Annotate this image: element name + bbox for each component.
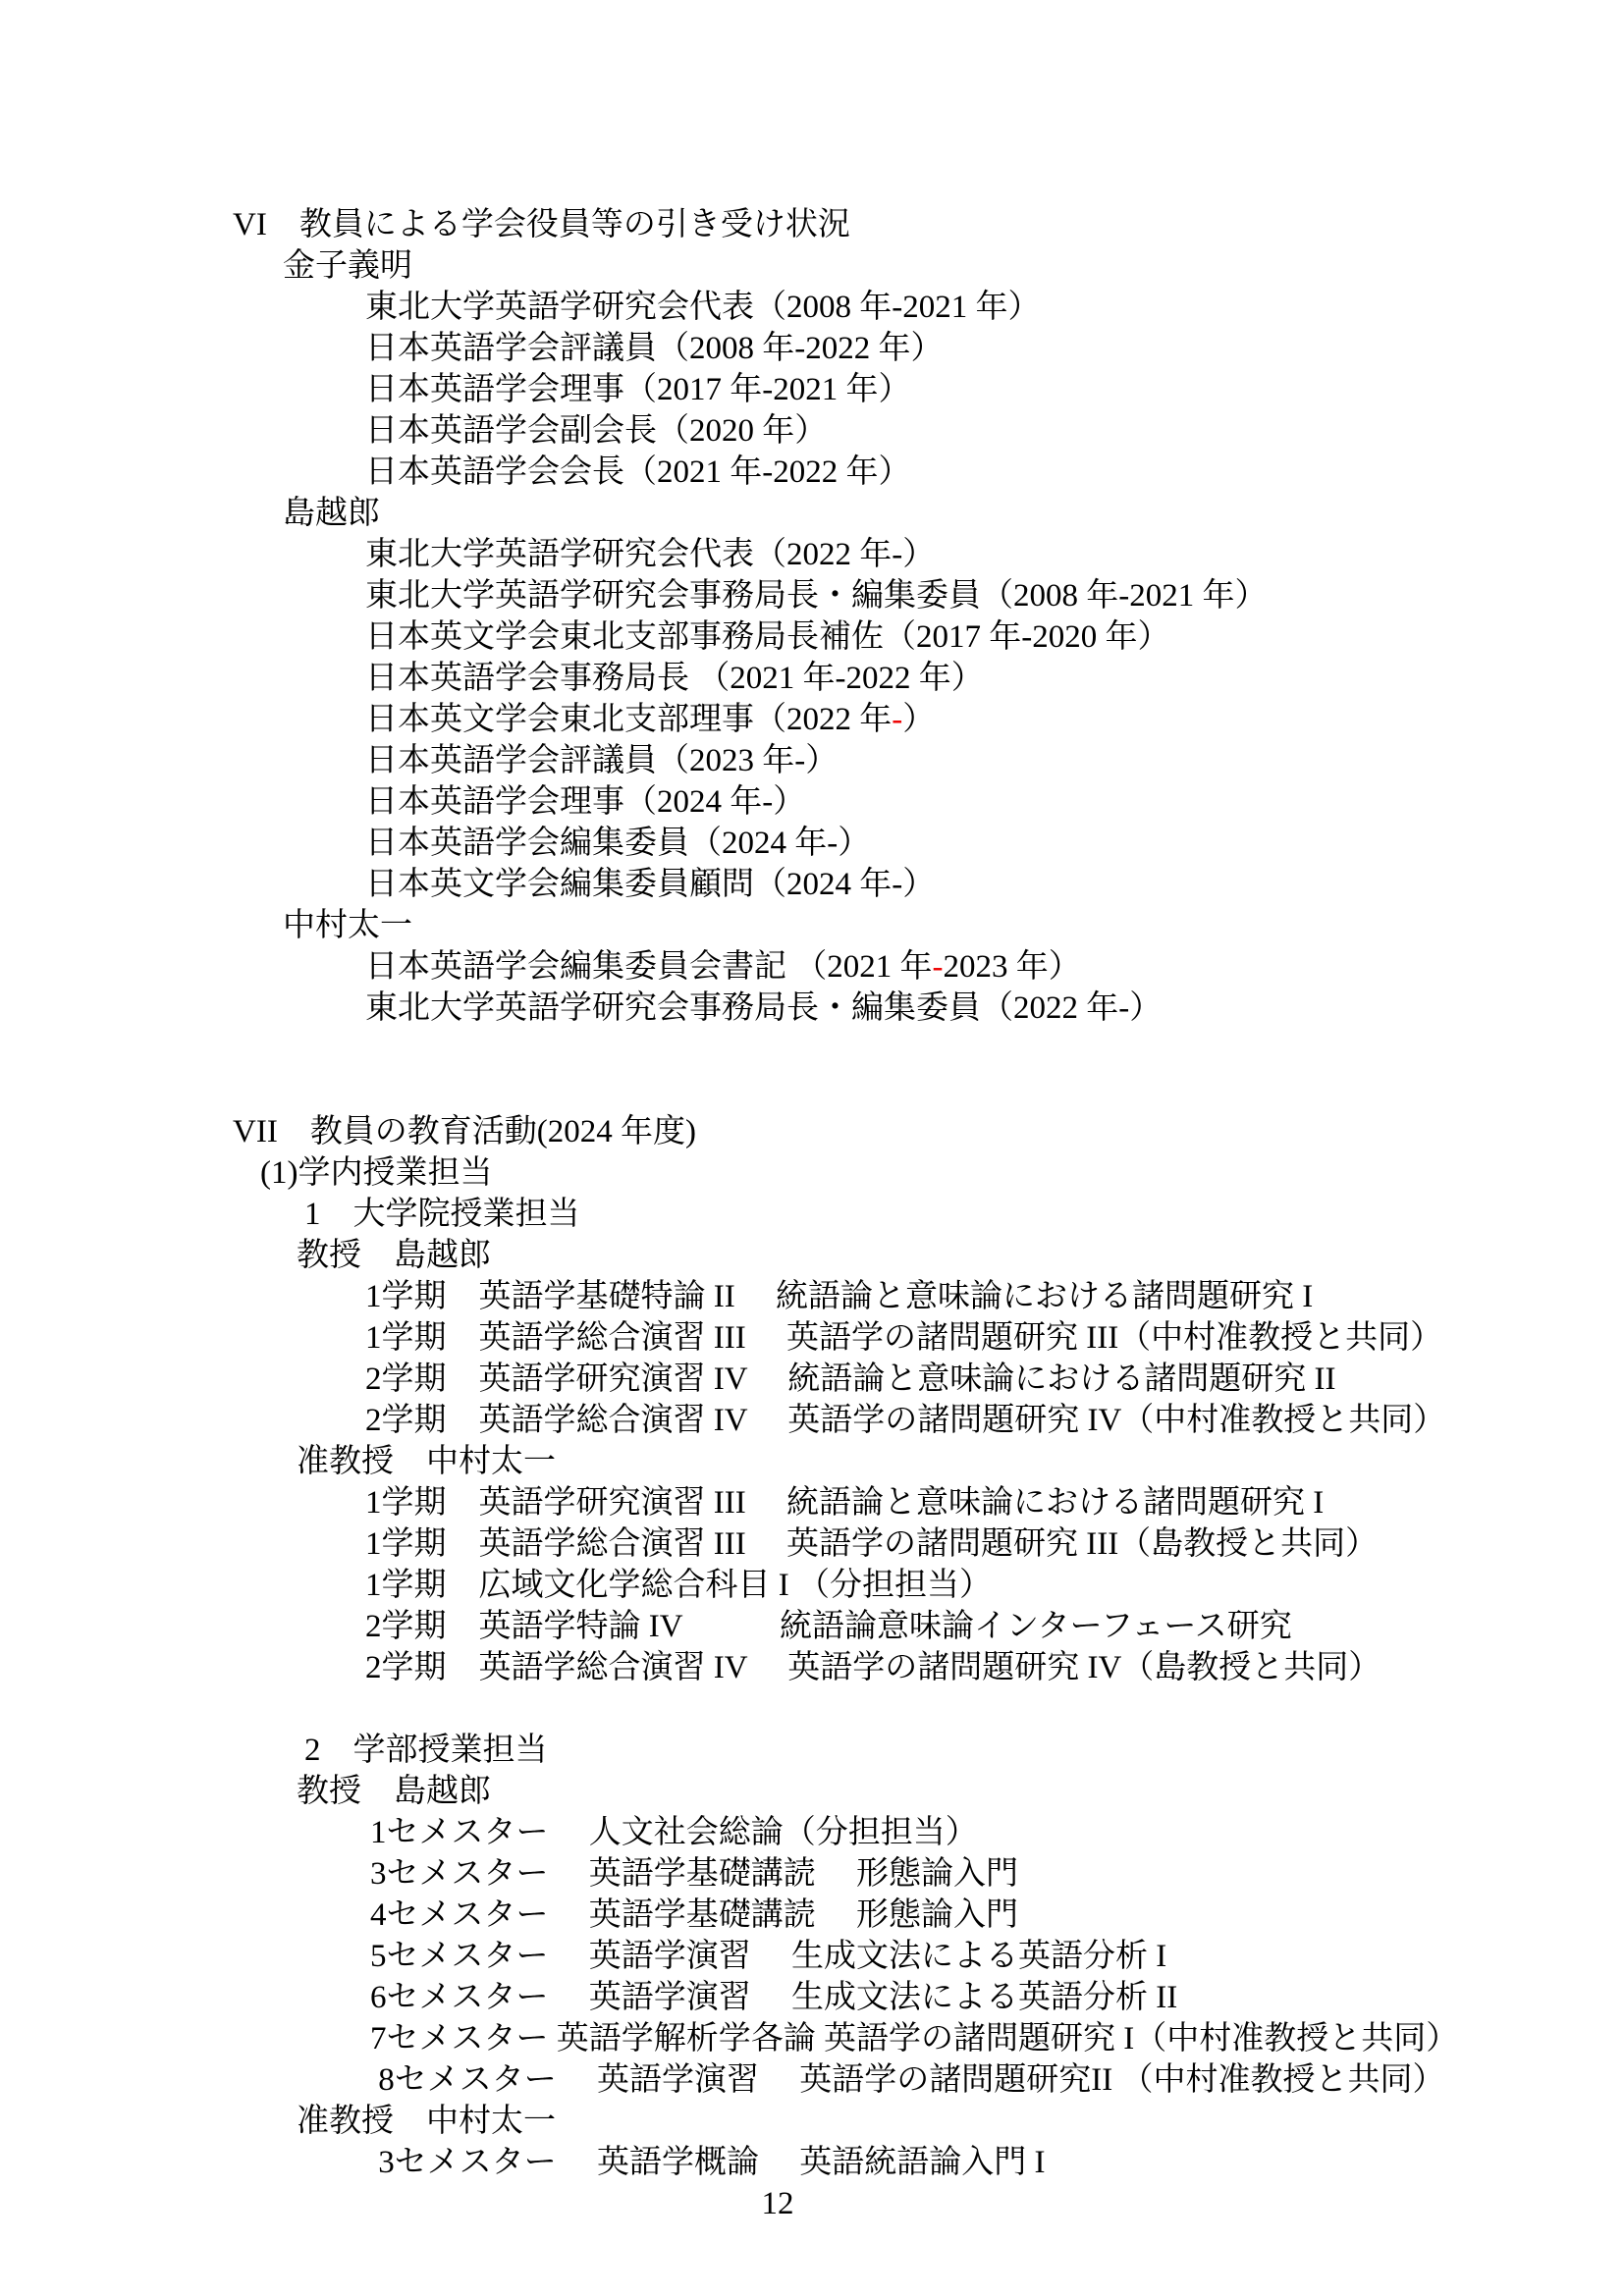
course-item: 5セメスター 英語学演習 生成文法による英語分析 I: [370, 1936, 1624, 1977]
prof-title: 准教授 中村太一: [297, 2101, 1624, 2142]
course-item: 2学期 英語学特論 IV 統語論意味論インターフェース研究: [365, 1606, 1624, 1647]
role-item: 東北大学英語学研究会代表（2008 年-2021 年）: [365, 287, 1624, 328]
role-item: 日本英語学会編集委員（2024 年-）: [365, 823, 1624, 864]
course-item: 2学期 英語学研究演習 IV 統語論と意味論における諸問題研究 II: [365, 1359, 1624, 1400]
undergrad-heading: 2 学部授業担当: [304, 1730, 1624, 1771]
course-item: 2学期 英語学総合演習 IV 英語学の諸問題研究 IV（島教授と共同）: [365, 1647, 1624, 1688]
role-item: 日本英文学会編集委員顧問（2024 年-）: [365, 864, 1624, 905]
member-name-kaneko: 金子義明: [283, 245, 1624, 287]
role-item: 東北大学英語学研究会事務局長・編集委員（2022 年-）: [365, 988, 1624, 1029]
course-item: 2学期 英語学総合演習 IV 英語学の諸問題研究 IV（中村准教授と共同）: [365, 1400, 1624, 1441]
page-number: 12: [0, 2183, 1590, 2224]
role-item: 東北大学英語学研究会事務局長・編集委員（2008 年-2021 年）: [365, 575, 1624, 616]
role-item: 日本英語学会評議員（2023 年-）: [365, 740, 1624, 781]
course-item: 1学期 英語学総合演習 III 英語学の諸問題研究 III（島教授と共同）: [365, 1523, 1624, 1565]
course-item: 6セメスター 英語学演習 生成文法による英語分析 II: [370, 1977, 1624, 2018]
section-vi-heading: VI 教員による学会役員等の引き受け状況: [233, 204, 1624, 245]
role-item: 日本英語学会事務局長 （2021 年-2022 年）: [365, 658, 1624, 699]
role-item: 日本英語学会編集委員会書記 （2021 年-2023 年）: [365, 946, 1624, 988]
subsection-heading: (1)学内授業担当: [260, 1152, 1624, 1194]
prof-title: 教授 島越郎: [297, 1771, 1624, 1812]
member-name-shima: 島越郎: [283, 493, 1624, 534]
course-item: 3セメスター 英語学基礎講読 形態論入門: [370, 1853, 1624, 1895]
prof-title: 准教授 中村太一: [297, 1441, 1624, 1482]
member-name-nakamura: 中村太一: [283, 905, 1624, 946]
prof-title: 教授 島越郎: [297, 1235, 1624, 1276]
role-item: 日本英語学会理事（2017 年-2021 年）: [365, 369, 1624, 410]
role-item: 日本英語学会会長（2021 年-2022 年）: [365, 452, 1624, 493]
blank-line: [0, 1029, 1624, 1070]
role-item: 日本英語学会理事（2024 年-）: [365, 781, 1624, 823]
blank-line: [0, 1688, 1624, 1730]
grad-heading: 1 大学院授業担当: [304, 1194, 1624, 1235]
red-hyphen: -: [933, 949, 944, 985]
course-item: 4セメスター 英語学基礎講読 形態論入門: [370, 1895, 1624, 1936]
course-item: 1学期 英語学総合演習 III 英語学の諸問題研究 III（中村准教授と共同）: [365, 1317, 1624, 1359]
section-vii-heading: VII 教員の教育活動(2024 年度): [233, 1111, 1624, 1152]
red-hyphen: -: [892, 702, 902, 737]
role-item: 日本英文学会東北支部事務局長補佐（2017 年-2020 年）: [365, 616, 1624, 658]
course-item: 1学期 英語学研究演習 III 統語論と意味論における諸問題研究 I: [365, 1482, 1624, 1523]
role-text: 日本英語学会編集委員会書記 （2021 年: [365, 949, 933, 985]
blank-line: [0, 1070, 1624, 1111]
role-text: 2023 年）: [944, 949, 1081, 985]
document-page: VI 教員による学会役員等の引き受け状況 金子義明 東北大学英語学研究会代表（2…: [0, 0, 1624, 2296]
role-item: 日本英文学会東北支部理事（2022 年-）: [365, 699, 1624, 740]
course-item: 1学期 広域文化学総合科目 I （分担担当）: [365, 1565, 1624, 1606]
role-item: 東北大学英語学研究会代表（2022 年-）: [365, 534, 1624, 575]
role-item: 日本英語学会評議員（2008 年-2022 年）: [365, 328, 1624, 369]
role-text: ）: [902, 702, 935, 737]
role-text: 日本英文学会東北支部理事（2022 年: [365, 702, 892, 737]
course-item: 1学期 英語学基礎特論 II 統語論と意味論における諸問題研究 I: [365, 1276, 1624, 1317]
course-item: 1セメスター 人文社会総論（分担担当）: [370, 1812, 1624, 1853]
role-item: 日本英語学会副会長（2020 年）: [365, 410, 1624, 452]
course-item: 3セメスター 英語学概論 英語統語論入門 I: [370, 2142, 1624, 2183]
course-item: 8セメスター 英語学演習 英語学の諸問題研究II （中村准教授と共同）: [370, 2059, 1624, 2101]
course-item: 7セメスター 英語学解析学各論 英語学の諸問題研究 I（中村准教授と共同）: [370, 2018, 1624, 2059]
